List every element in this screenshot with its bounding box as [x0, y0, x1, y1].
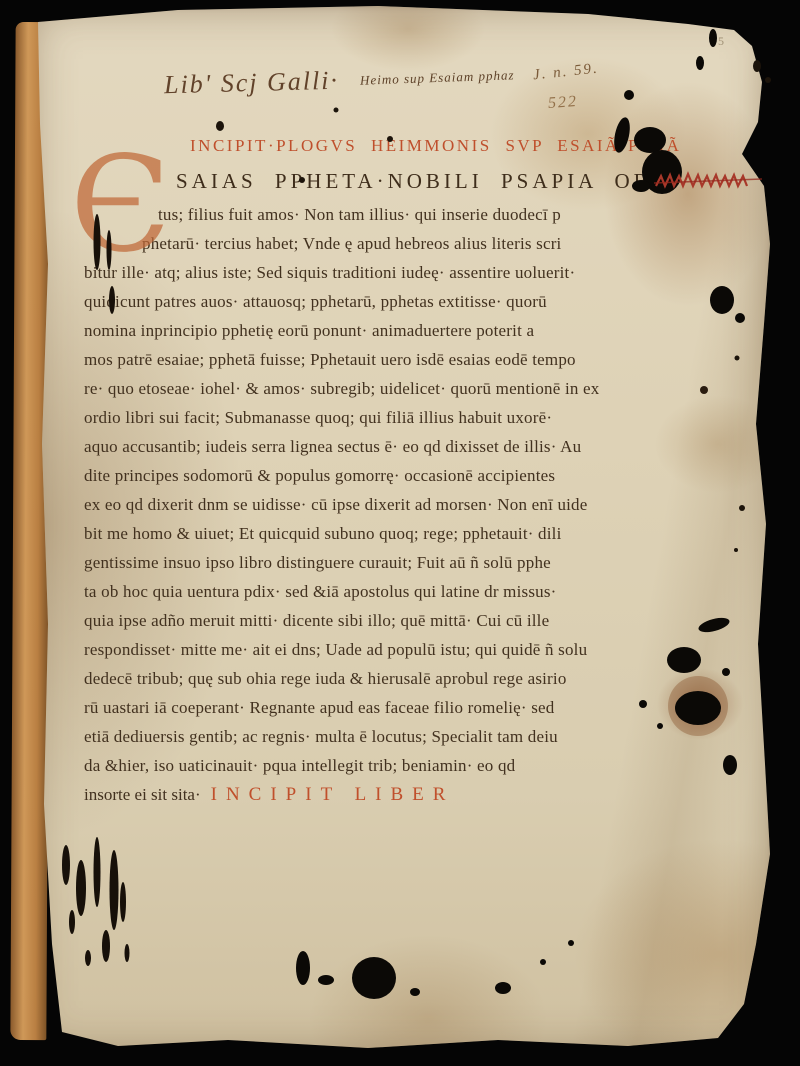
text-line: gentissime insuo ipso libro distinguere …	[84, 548, 732, 577]
text-line: aquo accusantib; iudeis serra lignea sec…	[84, 432, 732, 461]
text-block: Є INCIPIT·PLOGVS HEIMMONIS SVP ESAIÃ·PPH…	[84, 130, 732, 809]
text-line: re· quo etoseae· iohel· & amos· subregib…	[84, 374, 732, 403]
rubric-incipit: INCIPIT·PLOGVS HEIMMONIS SVP ESAIÃ·PPHÃ	[190, 130, 732, 162]
body-text: tus; filius fuit amos· Non tam illius· q…	[84, 200, 732, 780]
last-text-line: insorte ei sit sita·INCIPIT LIBER	[84, 780, 732, 809]
text-line: nomina inprincipio pphetię eorū ponunt· …	[84, 316, 732, 345]
display-capitals-line: SAIAS PPHETA·NOBILI PSAPIA OR	[176, 162, 732, 200]
text-line: rū uastari iā coeperant· Regnante apud e…	[84, 693, 732, 722]
text-line: dedecē tribub; quę sub ohia rege iuda & …	[84, 664, 732, 693]
text-line: ex eo qd dixerit dnm se uidisse· cū ipse…	[84, 490, 732, 519]
text-line: ta ob hoc quia uentura pdix· sed &iā apo…	[84, 577, 732, 606]
text-line: da &hier, iso uaticinauit· pqua intelleg…	[84, 751, 732, 780]
manuscript-photo: Lib' Scj Galli· Heimo sup Esaiam pphaz J…	[0, 0, 800, 1066]
shelfmark: J. n. 59.	[532, 61, 599, 85]
text-line: quia ipse adño meruit mitti· dicente sib…	[84, 606, 732, 635]
text-line: dite principes sodomorū & populus gomorr…	[84, 461, 732, 490]
rubric-explicit: INCIPIT LIBER	[211, 784, 455, 805]
text-line: mos patrē esaiae; pphetā fuisse; Pphetau…	[84, 345, 732, 374]
folio-number: 5	[718, 34, 724, 49]
old-page-number: 522	[547, 93, 578, 113]
text-line: phetarū· tercius habet; Vnde ę apud hebr…	[142, 229, 732, 258]
text-line: tus; filius fuit amos· Non tam illius· q…	[158, 200, 732, 229]
parchment-page: Lib' Scj Galli· Heimo sup Esaiam pphaz J…	[28, 4, 774, 1056]
decorated-initial-E: Є	[70, 150, 171, 260]
text-line: respondisset· mitte me· ait ei dns; Uade…	[84, 635, 732, 664]
text-line: quidicunt patres auos· attauosq; pphetar…	[84, 287, 732, 316]
ex-libris-inscription: Lib' Scj Galli·	[164, 66, 340, 101]
text-line: ordio libri sui facit; Submanasse quoq; …	[84, 403, 732, 432]
last-line-text: insorte ei sit sita·	[84, 785, 201, 804]
text-line: bitur ille· atq; alius iste; Sed siquis …	[84, 258, 732, 287]
text-line: bit me homo & uiuet; Et quicquid subuno …	[84, 519, 732, 548]
text-line: etiā dediuersis gentib; ac regnis· multa…	[84, 722, 732, 751]
title-inscription: Heimo sup Esaiam pphaz	[360, 67, 515, 88]
